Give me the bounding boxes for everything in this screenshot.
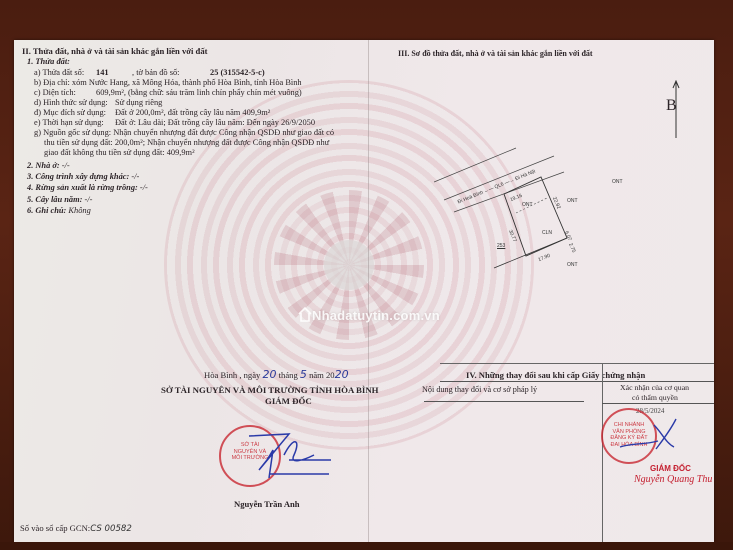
table-rule — [440, 381, 714, 382]
table-col-divider — [602, 364, 603, 542]
section-iv-title: IV. Những thay đổi sau khi cấp Giấy chứn… — [466, 370, 645, 381]
origin-line-2: thu tiền sử dụng đất: 200,0m²; Nhận chuy… — [44, 138, 329, 149]
signer-name: Nguyễn Trần Anh — [234, 499, 300, 510]
section-ii-title: II. Thửa đất, nhà ở và tài sản khác gắn … — [22, 46, 207, 57]
item-value: -/- — [84, 195, 92, 204]
land-type-label: ONT — [612, 179, 623, 185]
address: b) Địa chỉ: xóm Nước Hang, xã Mông Hóa, … — [34, 78, 302, 89]
issuing-agency: SỞ TÀI NGUYÊN VÀ MÔI TRƯỜNG TỈNH HÒA BÌN… — [161, 385, 379, 396]
north-label: B — [666, 98, 677, 114]
use-form-label: d) Hình thức sử dụng: — [34, 98, 108, 109]
area-label: c) Diện tích: — [34, 88, 76, 99]
item-label: 3. Công trình xây dựng khác: — [27, 172, 129, 181]
page-fold — [368, 40, 369, 542]
emblem-star — [324, 240, 374, 290]
year-label: năm 20 — [309, 370, 335, 380]
item-label: 4. Rừng sản xuất là rừng trồng: — [27, 183, 138, 192]
signing-day: 20 — [263, 368, 277, 381]
section-iii-title: III. Sơ đồ thửa đất, nhà ở và tài sản kh… — [398, 49, 593, 60]
land-type-label: ONT — [567, 198, 578, 204]
item-label: 5. Cây lâu năm: — [27, 195, 82, 204]
use-term-value: Đất ở: Lâu dài; Đất trồng cây lâu năm: Đ… — [115, 118, 315, 129]
use-form-value: Sử dụng riêng — [115, 98, 162, 109]
certificate-paper: II. Thửa đất, nhà ở và tài sản khác gắn … — [14, 40, 714, 542]
issuer-title: GIÁM ĐỐC — [265, 396, 312, 407]
house-icon — [298, 306, 312, 322]
neighbor-parcel-number: 253 — [497, 243, 505, 249]
month-label: tháng — [279, 370, 298, 380]
use-purpose-label: đ) Mục đích sử dụng: — [34, 108, 106, 119]
item-value: Không — [68, 206, 90, 215]
registry-number: Số vào sổ cấp GCN:CS 00582 — [20, 523, 132, 535]
item-notes: 6. Ghi chú: Không — [27, 206, 91, 217]
item-label: 6. Ghi chú: — [27, 206, 66, 215]
item-house: 2. Nhà ở: -/- — [27, 161, 70, 172]
confirmation-header-2: có thẩm quyền — [632, 393, 678, 404]
parcel-number: 141 — [96, 68, 109, 79]
director-title: GIÁM ĐỐC — [650, 464, 691, 475]
item-perennial-trees: 5. Cây lâu năm: -/- — [27, 195, 92, 206]
item-label: 2. Nhà ở: — [27, 161, 60, 170]
land-type-label: ONT — [522, 202, 533, 208]
item-other-construction: 3. Công trình xây dựng khác: -/- — [27, 172, 139, 183]
origin-line-1: g) Nguồn gốc sử dụng: Nhận chuyển nhượng… — [34, 128, 334, 139]
signature-left — [239, 430, 334, 485]
signing-year: 20 — [335, 368, 349, 381]
table-rule — [424, 401, 584, 402]
desk-surface — [0, 542, 733, 550]
table-top-border — [440, 363, 714, 364]
place-prefix: Hòa Bình , ngày — [204, 370, 260, 380]
signature-right — [614, 415, 684, 455]
land-heading: 1. Thửa đất: — [27, 57, 70, 68]
map-sheet-label: , tờ bản đồ số: — [132, 68, 179, 79]
land-type-label: ONT — [567, 262, 578, 268]
item-plantation-forest: 4. Rừng sản xuất là rừng trồng: -/- — [27, 183, 148, 194]
parcel-number-label: a) Thửa đất số: — [34, 68, 84, 79]
item-value: -/- — [62, 161, 70, 170]
item-value: -/- — [140, 183, 148, 192]
item-value: -/- — [131, 172, 139, 181]
director-name: Nguyễn Quang Thu — [634, 475, 712, 486]
use-term-label: e) Thời hạn sử dụng: — [34, 118, 104, 129]
registry-label: Số vào sổ cấp GCN: — [20, 523, 90, 533]
parcel-diagram — [434, 120, 634, 270]
origin-line-3: giao đất không thu tiền sử dụng đất: 409… — [44, 148, 195, 159]
table-rule — [602, 403, 714, 404]
registry-value: CS 00582 — [90, 524, 132, 534]
signing-date: Hòa Bình , ngày 20 tháng 5 năm 2020 — [204, 370, 349, 381]
signing-month: 5 — [300, 368, 307, 381]
area-value: 609,9m², (bằng chữ: sáu trăm linh chín p… — [96, 88, 302, 99]
watermark: Nhadatuytin.com.vn — [312, 308, 440, 323]
changes-content-header: Nội dung thay đổi và cơ sở pháp lý — [422, 385, 537, 396]
map-sheet-number: 25 (315542-5-c) — [210, 68, 265, 79]
land-type-label: CLN — [542, 230, 552, 236]
use-purpose-value: Đất ở 200,0m², đất trồng cây lâu năm 409… — [115, 108, 270, 119]
confirmation-header-1: Xác nhận của cơ quan — [620, 383, 689, 394]
